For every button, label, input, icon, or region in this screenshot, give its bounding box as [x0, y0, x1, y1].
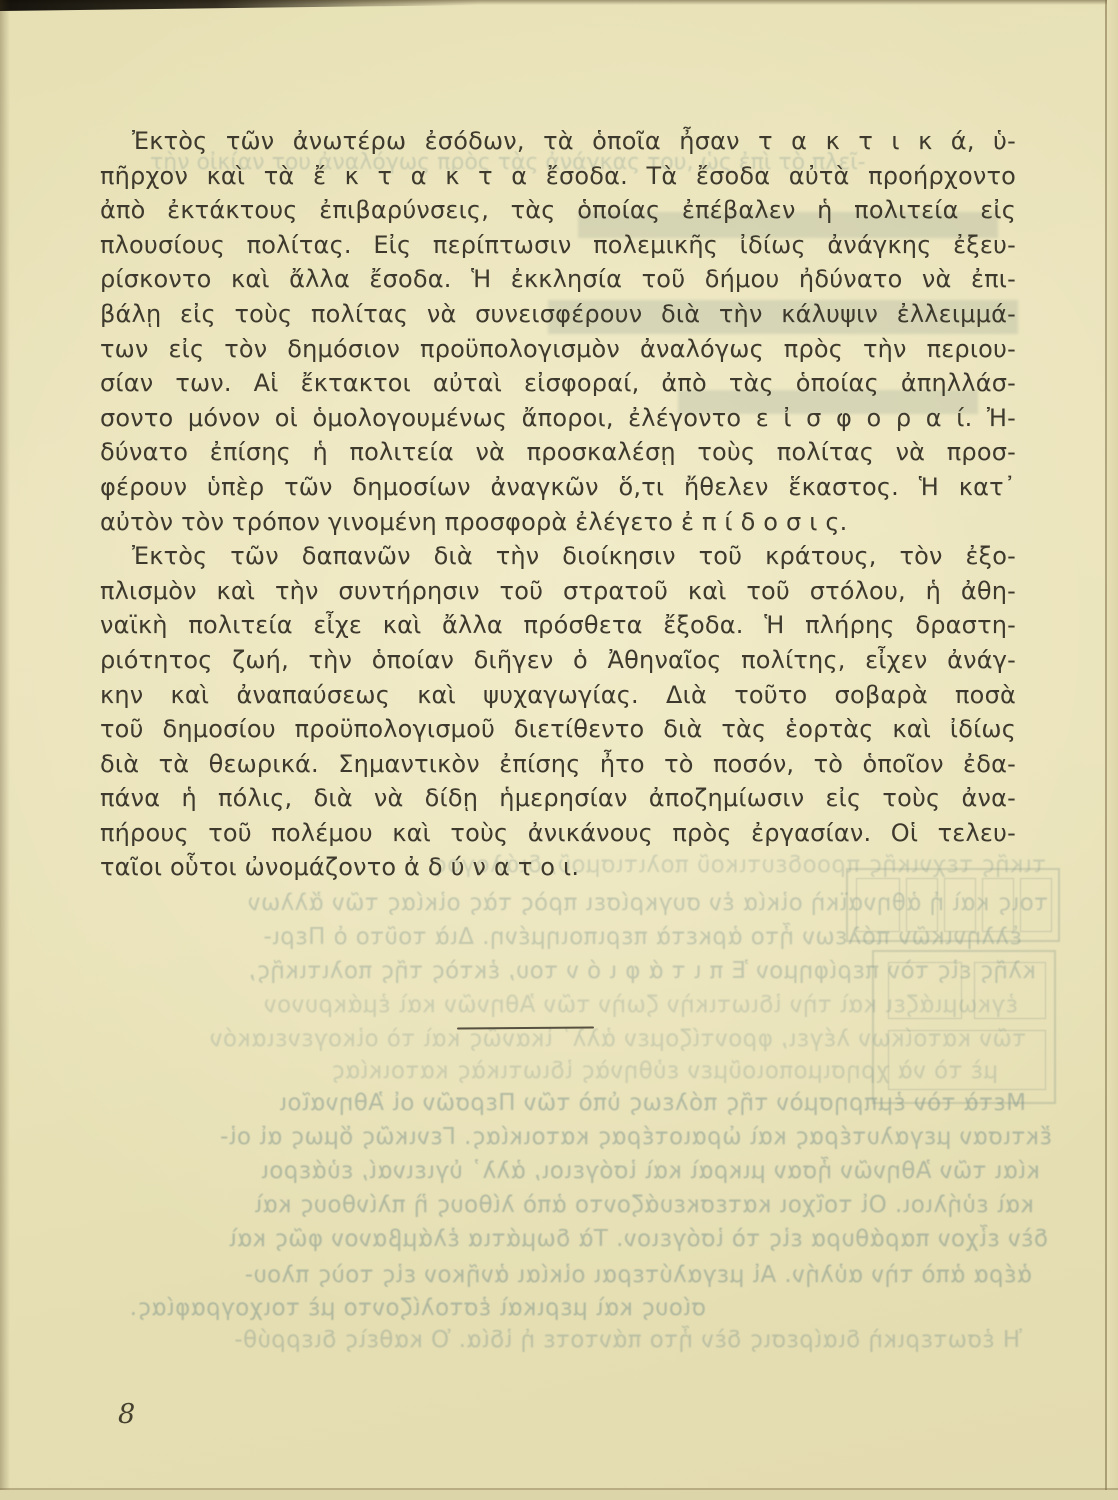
text-line: αὐτὸν τὸν τρόπον γινομένη προσφορὰ ἐλέγε… — [100, 505, 1016, 540]
page-number: 8 — [118, 1399, 135, 1430]
text-line: διὰ τὰ θεωρικά. Σημαντικὸν ἐπίσης ἦτο τὸ… — [100, 747, 1016, 782]
bleedthrough-line: ἔκτισαν μεγαλυτέρας καὶ ὡραιοτέρας κατοι… — [220, 1124, 1052, 1150]
body-text: Ἐκτὸς τῶν ἀνωτέρω ἐσόδων, τὰ ὁποῖα ἦσαν … — [100, 124, 1016, 885]
text-line: ἀπὸ ἐκτάκτους ἐπιβαρύνσεις, τὰς ὁποίας ἐ… — [100, 193, 1016, 228]
text-line: των εἰς τὸν δημόσιον προϋπολογισμὸν ἀναλ… — [100, 332, 1016, 367]
bleedthrough-line: Ἡ ἐσωτερικὴ διαίρεσις δὲν ἦτο πάντοτε ἡ … — [234, 1327, 1022, 1353]
page-bottom-edge — [0, 1490, 1118, 1500]
text-line: ρίσκοντο καὶ ἄλλα ἔσοδα. Ἡ ἐκκλησία τοῦ … — [100, 262, 1016, 297]
text-line: δύνατο ἐπίσης ἡ πολιτεία νὰ προσκαλέσῃ τ… — [100, 435, 1016, 470]
text-line: ταῖοι οὗτοι ὠνομάζοντο ἀ δ ύ ν α τ ο ι. — [100, 850, 1016, 885]
scan-black-edge — [0, 0, 480, 11]
section-divider-rule — [457, 1027, 594, 1030]
page-right-edge-line — [1105, 0, 1107, 1500]
page-right-edge — [1107, 0, 1118, 1500]
text-line: Ἐκτὸς τῶν δαπανῶν διὰ τὴν διοίκησιν τοῦ … — [100, 539, 1016, 574]
bleedthrough-floorplan — [872, 950, 1056, 1104]
book-page-scan: τὴν οἰκίαν του ἀναλόγως πρὸς τὰς ἀνάγκας… — [0, 0, 1118, 1500]
bleedthrough-line: δὲν εἶχον παράθυρα εἰς τὸ ἰσόγειον. Τὰ δ… — [228, 1226, 1048, 1252]
text-line: βάλῃ εἰς τοὺς πολίτας νὰ συνεισφέρουν δι… — [100, 297, 1016, 332]
text-line: ναϊκὴ πολιτεία εἶχε καὶ ἄλλα πρόσθετα ἔξ… — [100, 608, 1016, 643]
text-line: ριότητος ζωή, τὴν ὁποίαν διῆγεν ὁ Ἀθηναῖ… — [100, 643, 1016, 678]
text-line: πήρους τοῦ πολέμου καὶ τοὺς ἀνικάνους πρ… — [100, 816, 1016, 851]
text-line: τοῦ δημοσίου προϋπολογισμοῦ διετίθεντο δ… — [100, 712, 1016, 747]
bleedthrough-line: κίαι τῶν Ἀθηνῶν ἦσαν μικραὶ καὶ ἰσόγειοι… — [261, 1158, 1040, 1184]
text-line: σοντο μόνον οἱ ὁμολογουμένως ἄποροι, ἐλέ… — [100, 401, 1016, 436]
text-line: πλουσίους πολίτας. Εἰς περίπτωσιν πολεμι… — [100, 228, 1016, 263]
text-line: Ἐκτὸς τῶν ἀνωτέρω ἐσόδων, τὰ ὁποῖα ἦσαν … — [100, 124, 1016, 159]
text-line: σίαν των. Αἱ ἔκτακτοι αὐταὶ εἰσφοραί, ἀπ… — [100, 366, 1016, 401]
text-line: πῆρχον καὶ τὰ ἔ κ τ α κ τ α ἔσοδα. Τὰ ἔσ… — [100, 159, 1016, 194]
text-line: πλισμὸν καὶ τὴν συντήρησιν τοῦ στρατοῦ κ… — [100, 574, 1016, 609]
bleedthrough-line: τῶν κατοίκων λέγει, φροντίζομεν ἀλλ᾽ ἱκα… — [209, 1026, 1026, 1052]
page-bottom-edge-line — [0, 1488, 1118, 1490]
text-line: πάνα ἡ πόλις, διὰ νὰ δίδῃ ἡμερησίαν ἀποζ… — [100, 781, 1016, 816]
bleedthrough-line: ἑλληνικῶν πόλεων ἦτο ἀρκετὰ περιποιημένη… — [263, 924, 1022, 950]
text-line: φέρουν ὑπὲρ τῶν δημοσίων ἀναγκῶν ὅ,τι ἤθ… — [100, 470, 1016, 505]
bleedthrough-line: μὲ τὸ νὰ χρησιμοποιοῦμεν εὐθηνὰς ἰδιωτικ… — [331, 1058, 998, 1084]
bleedthrough-line: ἐγκωμιάζει καὶ τὴν ἰδιωτικὴν ζωὴν τῶν Ἀθ… — [263, 992, 1018, 1018]
bleedthrough-line: σίους καὶ μερικαὶ ἐστολίζοντο μὲ τοιχογρ… — [129, 1295, 706, 1321]
bleedthrough-line: καὶ εὐήλιοι. Οἱ τοῖχοι κατεσκευάζοντο ἀπ… — [254, 1192, 1034, 1218]
bleedthrough-line: Μετὰ τὸν ἐμπρησμὸν τῆς πόλεως ὑπὸ τῶν Πε… — [279, 1090, 1026, 1116]
bleedthrough-line: ἀέρα ἀπὸ τὴν αὐλήν. Αἱ μεγαλύτεραι οἰκία… — [244, 1262, 1032, 1288]
bleedthrough-line: τοις καὶ ἡ ἀθηναϊκὴ οἰκία ἐν συγκρίσει π… — [247, 890, 1048, 916]
page-left-shadow — [0, 0, 10, 1500]
bleedthrough-line: κλῆς εἰς τὸν περίφημον Ἐ π ι τ ά φ ι ό ν… — [248, 958, 1036, 984]
text-line: κην καὶ ἀναπαύσεως καὶ ψυχαγωγίας. Διὰ τ… — [100, 678, 1016, 713]
